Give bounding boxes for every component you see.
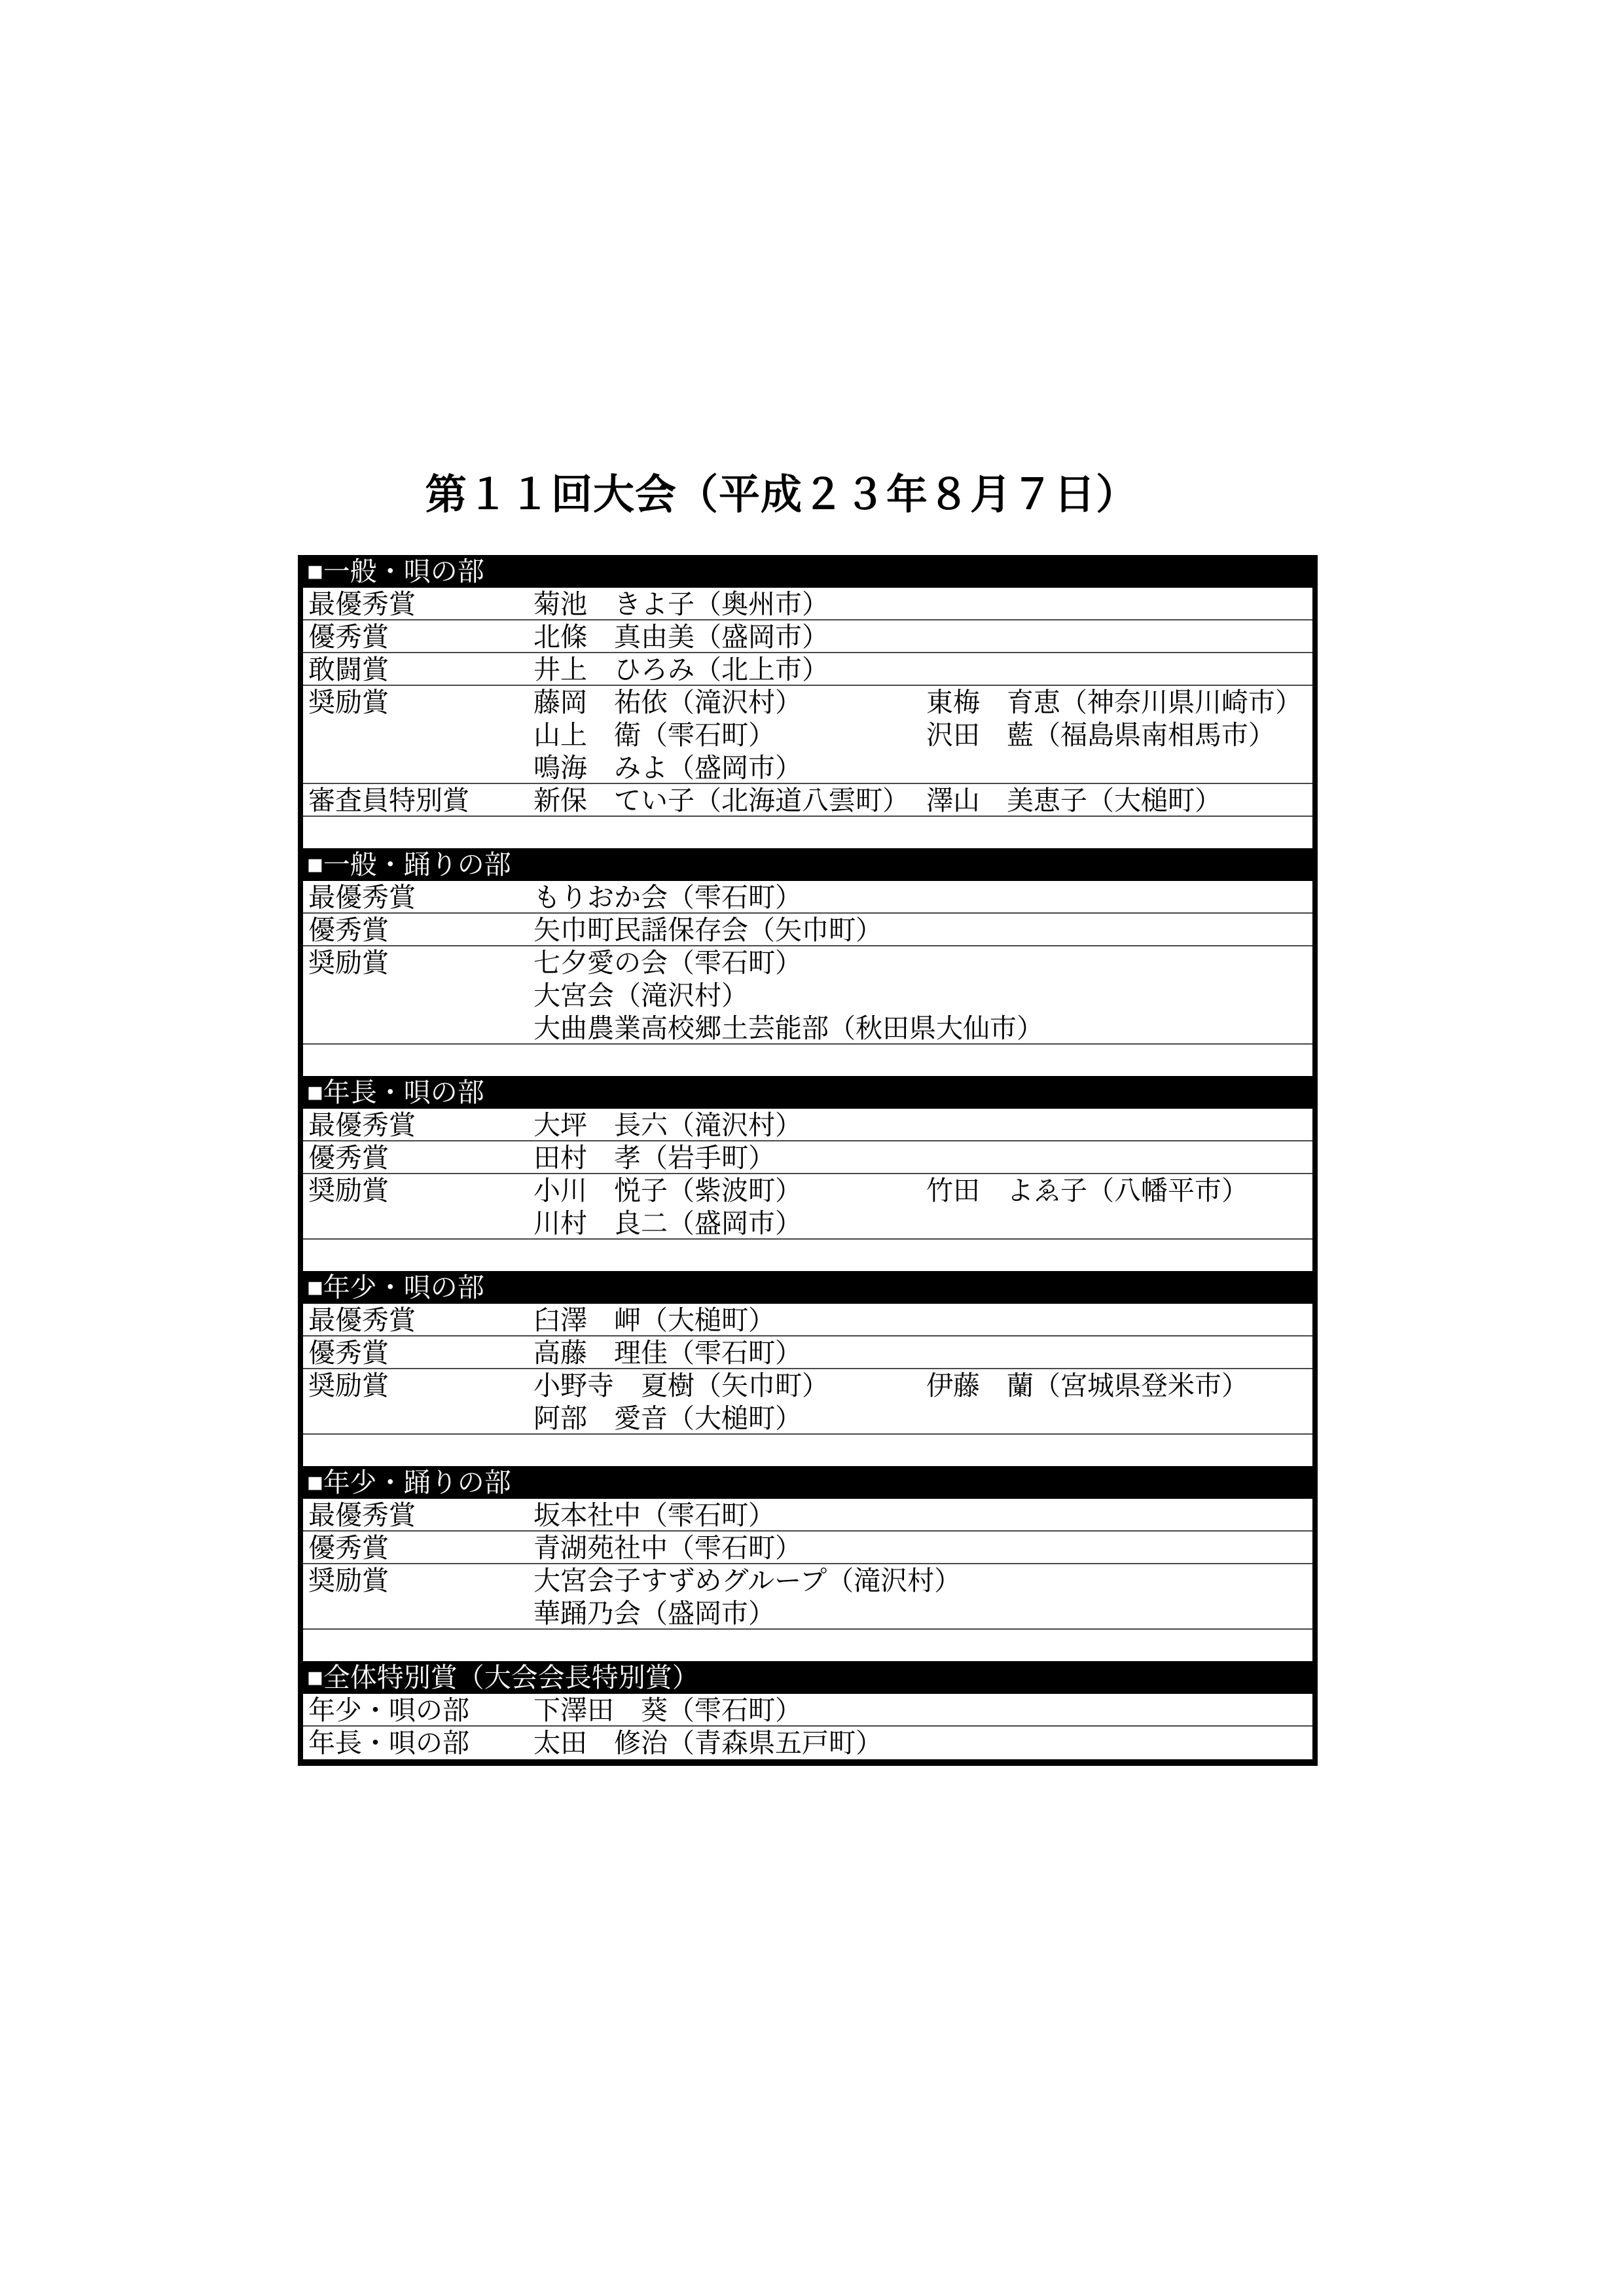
winner-name: 阿部 愛音（大槌町） [533, 1402, 829, 1435]
section-header: ■年少・唄の部 [303, 1271, 1312, 1304]
winner-column: 青湖苑社中（雫石町） [533, 1532, 802, 1564]
award-label: 奨励賞 [308, 686, 389, 719]
page-title: 第１１回大会（平成２３年８月７日） [425, 473, 1138, 517]
award-label: 奨励賞 [308, 1369, 389, 1402]
winner-name: 高藤 理佳（雫石町） [533, 1336, 802, 1369]
winner-name: もりおか会（雫石町） [533, 881, 802, 914]
document-page: 第１１回大会（平成２３年８月７日） ■一般・唄の部最優秀賞菊池 きよ子（奥州市）… [0, 0, 1624, 2296]
award-label: 奨励賞 [308, 946, 389, 979]
winner-name: 華踊乃会（盛岡市） [533, 1597, 961, 1630]
winner-name: 東梅 育恵（神奈川県川崎市） [926, 686, 1302, 719]
award-row: 優秀賞高藤 理佳（雫石町） [303, 1336, 1312, 1369]
winner-column: 藤岡 祐依（滝沢村）山上 衛（雫石町）鳴海 みよ（盛岡市） [533, 686, 802, 784]
winner-name: 大曲農業高校郷土芸能部（秋田県大仙市） [533, 1012, 1043, 1045]
section-header: ■年長・唄の部 [303, 1076, 1312, 1109]
section-spacer [303, 1630, 1312, 1661]
winner-column: 伊藤 蘭（宮城県登米市） [926, 1369, 1248, 1402]
award-section: ■全体特別賞（大会会長特別賞）年少・唄の部下澤田 葵（雫石町）年長・唄の部太田 … [303, 1661, 1312, 1759]
winner-column: 北條 真由美（盛岡市） [533, 620, 829, 653]
award-label: 最優秀賞 [308, 1304, 416, 1336]
winner-name: 七夕愛の会（雫石町） [533, 946, 1043, 979]
winner-name: 山上 衛（雫石町） [533, 719, 802, 751]
award-label: 最優秀賞 [308, 1499, 416, 1532]
winner-name: 澤山 美恵子（大槌町） [926, 784, 1221, 817]
award-row: 奨励賞七夕愛の会（雫石町）大宮会（滝沢村）大曲農業高校郷土芸能部（秋田県大仙市） [303, 946, 1312, 1045]
award-section: ■年少・唄の部最優秀賞臼澤 岬（大槌町）優秀賞高藤 理佳（雫石町）奨励賞小野寺 … [303, 1271, 1312, 1466]
award-row: 優秀賞北條 真由美（盛岡市） [303, 620, 1312, 653]
award-label: 優秀賞 [308, 620, 389, 653]
award-row: 奨励賞大宮会子すずめグループ（滝沢村）華踊乃会（盛岡市） [303, 1564, 1312, 1630]
award-label: 優秀賞 [308, 1532, 389, 1564]
award-label: 最優秀賞 [308, 881, 416, 914]
winner-name: 坂本社中（雫石町） [533, 1499, 775, 1532]
winner-column: 東梅 育恵（神奈川県川崎市）沢田 藍（福島県南相馬市） [926, 686, 1302, 751]
winner-name: 太田 修治（青森県五戸町） [533, 1727, 882, 1759]
winner-column: 小野寺 夏樹（矢巾町）阿部 愛音（大槌町） [533, 1369, 829, 1435]
winner-name: 沢田 藍（福島県南相馬市） [926, 719, 1302, 751]
winner-column: 下澤田 葵（雫石町） [533, 1694, 802, 1727]
section-spacer [303, 1045, 1312, 1076]
award-label: 優秀賞 [308, 1336, 389, 1369]
winner-column: 竹田 よゑ子（八幡平市） [926, 1174, 1248, 1207]
winner-column: 太田 修治（青森県五戸町） [533, 1727, 882, 1759]
section-header: ■年少・踊りの部 [303, 1466, 1312, 1499]
winner-column: 菊池 きよ子（奥州市） [533, 588, 829, 620]
award-row: 優秀賞矢巾町民謡保存会（矢巾町） [303, 914, 1312, 946]
award-row: 最優秀賞菊池 きよ子（奥州市） [303, 588, 1312, 620]
award-row: 優秀賞田村 孝（岩手町） [303, 1141, 1312, 1174]
award-section: ■一般・唄の部最優秀賞菊池 きよ子（奥州市）優秀賞北條 真由美（盛岡市）敢闘賞井… [303, 555, 1312, 848]
award-label: 最優秀賞 [308, 588, 416, 620]
award-label: 審査員特別賞 [308, 784, 469, 817]
winner-name: 川村 良二（盛岡市） [533, 1207, 802, 1240]
winner-name: 新保 てい子（北海道八雲町） [533, 784, 909, 817]
award-label: 年少・唄の部 [308, 1694, 469, 1727]
winner-name: 青湖苑社中（雫石町） [533, 1532, 802, 1564]
award-row: 奨励賞小野寺 夏樹（矢巾町）阿部 愛音（大槌町）伊藤 蘭（宮城県登米市） [303, 1369, 1312, 1435]
winner-name: 竹田 よゑ子（八幡平市） [926, 1174, 1248, 1207]
winner-name: 鳴海 みよ（盛岡市） [533, 751, 802, 784]
winner-column: 矢巾町民謡保存会（矢巾町） [533, 914, 882, 946]
winner-name: 菊池 きよ子（奥州市） [533, 588, 829, 620]
award-results-table: ■一般・唄の部最優秀賞菊池 きよ子（奥州市）優秀賞北條 真由美（盛岡市）敢闘賞井… [298, 555, 1318, 1766]
winner-name: 下澤田 葵（雫石町） [533, 1694, 802, 1727]
winner-column: 坂本社中（雫石町） [533, 1499, 775, 1532]
winner-name: 大宮会子すずめグループ（滝沢村） [533, 1564, 961, 1597]
winner-column: 大坪 長六（滝沢村） [533, 1109, 802, 1141]
winner-column: もりおか会（雫石町） [533, 881, 802, 914]
award-label: 奨励賞 [308, 1174, 389, 1207]
award-label: 最優秀賞 [308, 1109, 416, 1141]
winner-name: 伊藤 蘭（宮城県登米市） [926, 1369, 1248, 1402]
winner-name: 井上 ひろみ（北上市） [533, 653, 829, 686]
award-section: ■年少・踊りの部最優秀賞坂本社中（雫石町）優秀賞青湖苑社中（雫石町）奨励賞大宮会… [303, 1466, 1312, 1661]
winner-column: 七夕愛の会（雫石町）大宮会（滝沢村）大曲農業高校郷土芸能部（秋田県大仙市） [533, 946, 1043, 1045]
award-label: 優秀賞 [308, 1141, 389, 1174]
award-row: 最優秀賞もりおか会（雫石町） [303, 881, 1312, 914]
section-spacer [303, 817, 1312, 848]
award-row: 敢闘賞井上 ひろみ（北上市） [303, 653, 1312, 686]
award-row: 最優秀賞臼澤 岬（大槌町） [303, 1304, 1312, 1336]
section-header: ■一般・踊りの部 [303, 848, 1312, 881]
award-section: ■一般・踊りの部最優秀賞もりおか会（雫石町）優秀賞矢巾町民謡保存会（矢巾町）奨励… [303, 848, 1312, 1076]
winner-column: 井上 ひろみ（北上市） [533, 653, 829, 686]
winner-name: 小川 悦子（紫波町） [533, 1174, 802, 1207]
winner-name: 大宮会（滝沢村） [533, 979, 1043, 1012]
winner-name: 北條 真由美（盛岡市） [533, 620, 829, 653]
award-row: 最優秀賞坂本社中（雫石町） [303, 1499, 1312, 1532]
award-row: 最優秀賞大坪 長六（滝沢村） [303, 1109, 1312, 1141]
award-row: 年少・唄の部下澤田 葵（雫石町） [303, 1694, 1312, 1727]
winner-name: 大坪 長六（滝沢村） [533, 1109, 802, 1141]
award-row: 審査員特別賞新保 てい子（北海道八雲町）澤山 美恵子（大槌町） [303, 784, 1312, 817]
award-row: 年長・唄の部太田 修治（青森県五戸町） [303, 1727, 1312, 1759]
winner-column: 臼澤 岬（大槌町） [533, 1304, 775, 1336]
winner-column: 田村 孝（岩手町） [533, 1141, 775, 1174]
award-section: ■年長・唄の部最優秀賞大坪 長六（滝沢村）優秀賞田村 孝（岩手町）奨励賞小川 悦… [303, 1076, 1312, 1271]
award-label: 優秀賞 [308, 914, 389, 946]
section-header: ■全体特別賞（大会会長特別賞） [303, 1661, 1312, 1694]
winner-name: 矢巾町民謡保存会（矢巾町） [533, 914, 882, 946]
winner-column: 大宮会子すずめグループ（滝沢村）華踊乃会（盛岡市） [533, 1564, 961, 1630]
winner-column: 澤山 美恵子（大槌町） [926, 784, 1221, 817]
award-row: 奨励賞藤岡 祐依（滝沢村）山上 衛（雫石町）鳴海 みよ（盛岡市）東梅 育恵（神奈… [303, 686, 1312, 784]
award-row: 優秀賞青湖苑社中（雫石町） [303, 1532, 1312, 1564]
section-spacer [303, 1435, 1312, 1466]
award-label: 奨励賞 [308, 1564, 389, 1597]
winner-name: 田村 孝（岩手町） [533, 1141, 775, 1174]
winner-name: 小野寺 夏樹（矢巾町） [533, 1369, 829, 1402]
winner-column: 新保 てい子（北海道八雲町） [533, 784, 909, 817]
winner-column: 高藤 理佳（雫石町） [533, 1336, 802, 1369]
section-spacer [303, 1240, 1312, 1271]
winner-name: 臼澤 岬（大槌町） [533, 1304, 775, 1336]
award-label: 敢闘賞 [308, 653, 389, 686]
winner-name: 藤岡 祐依（滝沢村） [533, 686, 802, 719]
award-row: 奨励賞小川 悦子（紫波町）川村 良二（盛岡市）竹田 よゑ子（八幡平市） [303, 1174, 1312, 1240]
section-header: ■一般・唄の部 [303, 555, 1312, 588]
award-label: 年長・唄の部 [308, 1727, 469, 1759]
winner-column: 小川 悦子（紫波町）川村 良二（盛岡市） [533, 1174, 802, 1240]
